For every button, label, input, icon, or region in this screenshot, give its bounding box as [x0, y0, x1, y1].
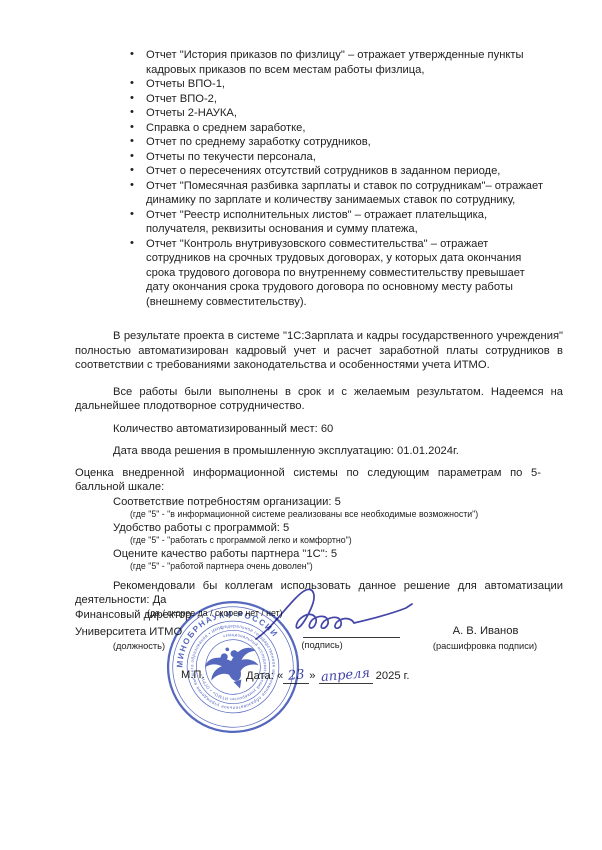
bullet-icon: •	[130, 91, 134, 106]
rating-note: (где "5" - "работой партнера очень довол…	[130, 561, 563, 573]
paragraph-launch-date: Дата ввода решения в промышленную эксплу…	[75, 444, 563, 459]
handwritten-month: апреля	[319, 668, 373, 684]
rating-label: Удобство работы с программой: 5	[113, 521, 563, 536]
list-item-text: Отчеты 2-НАУКА,	[146, 107, 237, 119]
rating-label: Соответствие потребностям организации: 5	[113, 495, 563, 510]
list-item: •Отчет "Контроль внутривузовского совмес…	[127, 237, 544, 310]
paragraph-works-done: Все работы были выполнены в срок и с жел…	[75, 385, 563, 414]
rating-item: Оцените качество работы партнера "1С": 5…	[75, 547, 563, 573]
list-item: •Отчет ВПО-2,	[127, 92, 544, 107]
list-item: •Отчет о пересечениях отсутствий сотрудн…	[127, 164, 544, 179]
list-item-text: Отчет "Реестр исполнительных листов" – о…	[146, 209, 487, 236]
list-item-text: Отчет "Контроль внутривузовского совмест…	[146, 238, 525, 308]
bullet-icon: •	[130, 76, 134, 91]
rating-note: (где "5" - "работать с программой легко …	[130, 535, 563, 547]
signer-name-caption: (расшифровка подписи)	[415, 641, 555, 651]
bullet-icon: •	[130, 178, 134, 193]
bullet-icon: •	[130, 120, 134, 135]
list-item-text: Справка о среднем заработке,	[146, 122, 306, 134]
list-item: •Отчеты по текучести персонала,	[127, 150, 544, 165]
bullet-icon: •	[130, 236, 134, 251]
list-item: •Отчет по среднему заработку сотрудников…	[127, 135, 544, 150]
list-item-text: Отчет о пересечениях отсутствий сотрудни…	[146, 165, 500, 177]
list-item: •Отчеты ВПО-1,	[127, 77, 544, 92]
rating-item: Удобство работы с программой: 5 (где "5"…	[75, 521, 563, 547]
bullet-icon: •	[130, 134, 134, 149]
document-page: •Отчет "История приказов по физлицу" – о…	[0, 0, 602, 850]
paragraph-workplaces-count: Количество автоматизированный мест: 60	[75, 422, 563, 437]
bullet-icon: •	[130, 149, 134, 164]
list-item: •Отчет "Реестр исполнительных листов" – …	[127, 208, 544, 237]
list-item-text: Отчеты по текучести персонала,	[146, 151, 316, 163]
rating-item: Соответствие потребностям организации: 5…	[75, 495, 563, 521]
document-body: •Отчет "История приказов по физлицу" – о…	[75, 48, 563, 619]
bullet-icon: •	[130, 207, 134, 222]
handwritten-signature	[252, 585, 417, 643]
bullet-icon: •	[130, 47, 134, 62]
paragraph-project-result: В результате проекта в системе "1С:Зарпл…	[75, 329, 563, 373]
rating-note: (где "5" - "в информационной системе реа…	[130, 509, 563, 521]
bullet-icon: •	[130, 105, 134, 120]
list-item-text: Отчет ВПО-2,	[146, 93, 217, 105]
list-item: •Отчет "История приказов по физлицу" – о…	[127, 48, 544, 77]
report-list: •Отчет "История приказов по физлицу" – о…	[127, 48, 544, 309]
list-item-text: Отчет "История приказов по физлицу" – от…	[146, 49, 524, 76]
date-infix: »	[309, 670, 315, 682]
list-item: •Отчеты 2-НАУКА,	[127, 106, 544, 121]
list-item-text: Отчет "Помесячная разбивка зарплаты и ст…	[146, 180, 543, 207]
signer-name: А. В. Иванов	[428, 625, 543, 637]
paragraph-rating-intro: Оценка внедренной информационной системы…	[75, 466, 563, 495]
list-item-text: Отчеты ВПО-1,	[146, 78, 225, 90]
list-item: •Справка о среднем заработке,	[127, 121, 544, 136]
date-year: 2025 г.	[373, 670, 410, 682]
list-item: •Отчет "Помесячная разбивка зарплаты и с…	[127, 179, 544, 208]
bullet-icon: •	[130, 163, 134, 178]
rating-label: Оцените качество работы партнера "1С": 5	[113, 547, 563, 562]
list-item-text: Отчет по среднему заработку сотрудников,	[146, 136, 371, 148]
